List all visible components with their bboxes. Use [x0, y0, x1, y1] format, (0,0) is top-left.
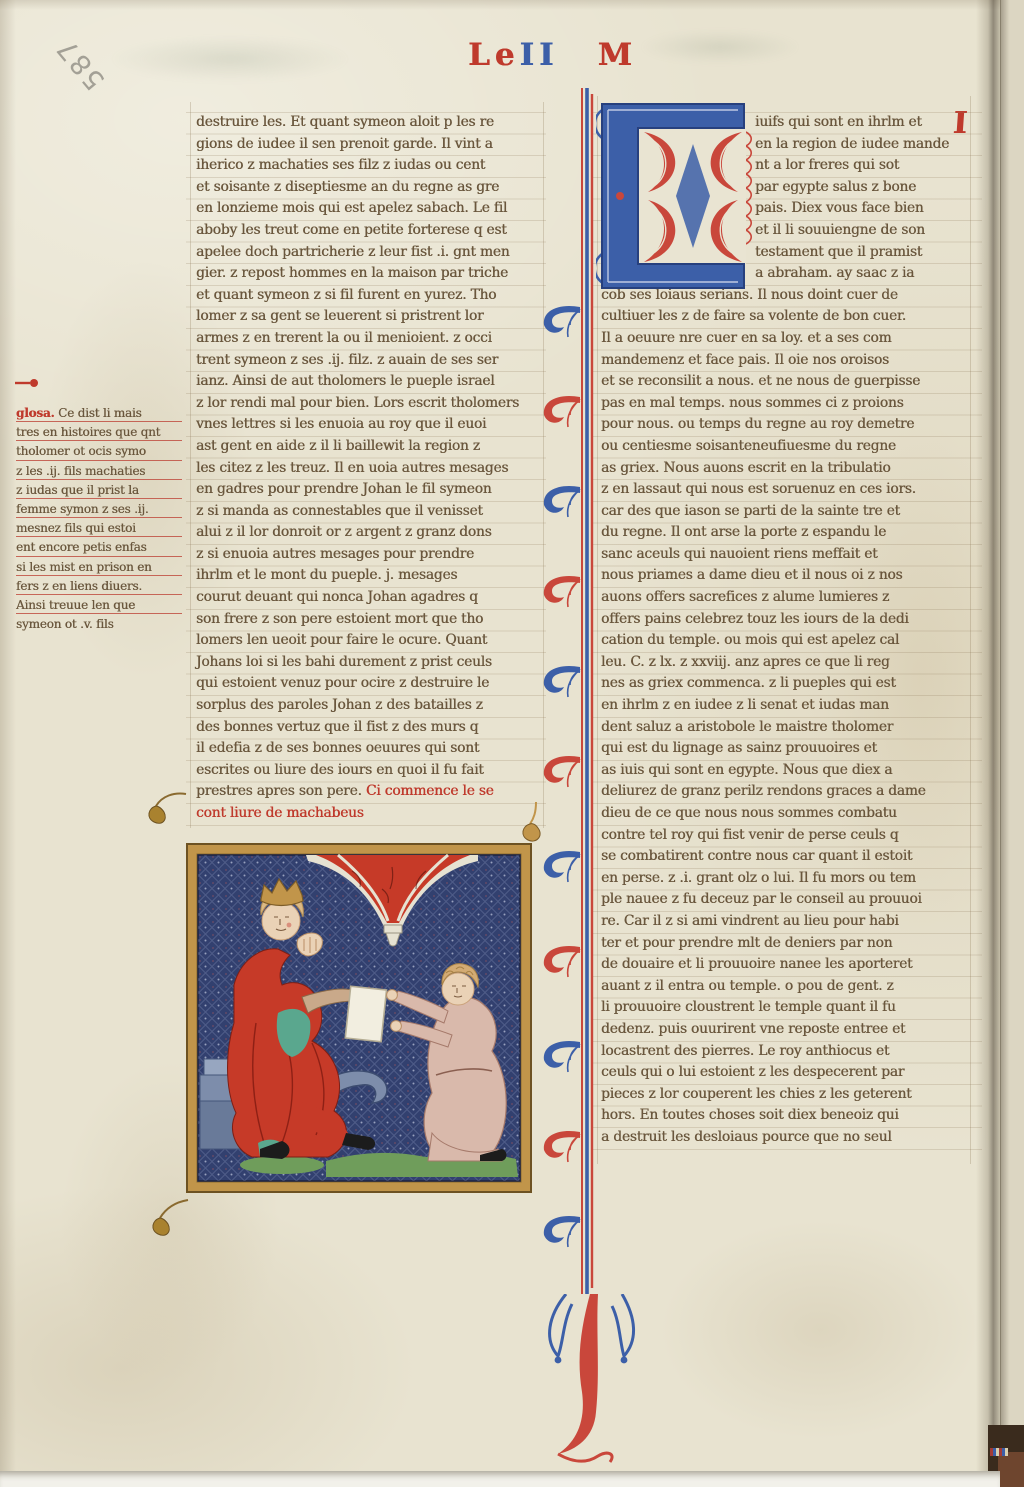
text-line: sorplus des paroles Johan z des bataille…: [196, 695, 542, 717]
header-letter: I: [520, 40, 535, 70]
bar-flourish: [544, 1216, 580, 1247]
text-line: des bonnes vertuz que il fist z des murs…: [196, 717, 542, 739]
manuscript-page: 587 LeIIM I glosa. Ce dist li maistres e…: [0, 0, 1024, 1487]
bar-flourishes: [544, 306, 580, 1247]
text-line: dent saluz a aristobole le maistre tholo…: [601, 717, 971, 739]
gloss-line: femme symon z ses .ij.: [16, 500, 192, 519]
headband-textile: [990, 1448, 1008, 1456]
text-line: as griex. Nous auons escrit en la tribul…: [601, 458, 971, 480]
scroll: [345, 986, 386, 1041]
bar-flourish: [544, 756, 580, 787]
tail-blue-curl-right: [612, 1294, 634, 1356]
text-line: ihrlm et le mont du pueple. j. mesages: [196, 565, 542, 587]
text-line: mandemenz et face pais. Il oie nos orois…: [601, 350, 971, 372]
header-letter: e: [495, 40, 515, 70]
gloss-line-text: tholomer ot ocis symo: [16, 444, 146, 458]
gloss-block: glosa. Ce dist li maistres en histoires …: [16, 404, 192, 634]
ivy-sprig-icon: [148, 1196, 190, 1242]
text-line: ceuls qui o lui estoient z les despecere…: [601, 1062, 971, 1084]
gloss-line-text: femme symon z ses .ij.: [16, 502, 148, 516]
king-head: [262, 902, 300, 940]
initial-pen-dot: [616, 192, 624, 200]
text-line: destruire les. Et quant symeon aloit p l…: [196, 112, 542, 134]
text-line: pieces z lor couperent les chies z les g…: [601, 1084, 971, 1106]
text-line: alui z il lor donroit or z argent z gran…: [196, 522, 542, 544]
next-page-edge: [1000, 0, 1024, 1487]
header-letter: L: [468, 40, 490, 70]
ivy-sprig-icon: [146, 788, 188, 834]
text-line: lomers len ueoit pour faire le ocure. Qu…: [196, 630, 542, 652]
text-line: pas en mal temps. nous sommes ci z proio…: [601, 393, 971, 415]
text-line: escrites ou liure des iours en quoi il f…: [196, 760, 542, 782]
gloss-line: tres en histoires que qnt: [16, 423, 192, 442]
text-line: auons offers sacrefices z alume lumieres…: [601, 587, 971, 609]
text-line: a destruit les desloiaus pource que no s…: [601, 1127, 971, 1149]
text-line: les citez z les treuz. Il en uoia autres…: [196, 458, 542, 480]
left-text-column: destruire les. Et quant symeon aloit p l…: [196, 112, 542, 825]
gloss-line-text: Ce dist li mais: [54, 406, 141, 420]
running-header: LeIIM: [468, 40, 632, 70]
text-line: dieu de ce que nous nous sommes combatu: [601, 803, 971, 825]
initial-scallop-edge: [746, 132, 751, 244]
text-line: et se reconsilit a nous. et ne nous de g…: [601, 371, 971, 393]
text-line: et quant symeon z si fil furent en yurez…: [196, 285, 542, 307]
gloss-heading: glosa.: [16, 406, 54, 420]
text-line: trent symeon z ses .ij. filz. z auain de…: [196, 350, 542, 372]
text-line: iherico z machaties ses filz z iudas ou …: [196, 155, 542, 177]
text-line: en lonzieme mois qui est apelez sabach. …: [196, 198, 542, 220]
tail-blue-dot: [621, 1357, 628, 1364]
gloss-line-text: mesnez fils qui estoi: [16, 521, 136, 535]
page-left-shade: [0, 0, 16, 1487]
gloss-line: mesnez fils qui estoi: [16, 519, 192, 538]
gloss-line: glosa. Ce dist li mais: [16, 404, 192, 423]
bar-flourish: [544, 306, 580, 337]
header-letter: I: [539, 40, 554, 70]
gloss-line: z iudas que il prist la: [16, 481, 192, 500]
gloss-line: z les .ij. fils machaties: [16, 462, 192, 481]
text-line: gions de iudee il sen prenoit garde. Il …: [196, 134, 542, 156]
text-line: leu. C. z lx. z xxviij. anz apres ce que…: [601, 652, 971, 674]
text-line: auant z il entra ou temple. o pou de gen…: [601, 976, 971, 998]
text-line: son frere z son pere estoient mort que t…: [196, 609, 542, 631]
text-line: en ihrlm z en iudee z li senat et iudas …: [601, 695, 971, 717]
messenger-hand: [391, 1021, 402, 1032]
bar-flourish: [544, 1041, 580, 1072]
gloss-line-text: si les mist en prison en: [16, 560, 152, 574]
text-line: Il a oeuure nre cuer en sa loy. et a ses…: [601, 328, 971, 350]
text-segment: prestres apres son pere.: [196, 783, 366, 799]
wood-sliver: [998, 1452, 1024, 1487]
text-line: gier. z repost hommes en la maison par t…: [196, 263, 542, 285]
text-line: sanc aceuls qui nauoient riens meffait e…: [601, 544, 971, 566]
page-top-shade: [0, 0, 1024, 10]
gloss-line-text: ent encore petis enfas: [16, 540, 147, 554]
text-line: Johans loi si les bahi durement z prist …: [196, 652, 542, 674]
text-line: z lor rendi mal pour bien. Lors escrit t…: [196, 393, 542, 415]
initial-artwork: [596, 100, 754, 292]
gloss-line: tholomer ot ocis symo: [16, 442, 192, 461]
text-line: prestres apres son pere. Ci commence le …: [196, 781, 542, 803]
text-line: li prouuoire cloustrent le temple quant …: [601, 997, 971, 1019]
folio-number: 587: [50, 31, 111, 95]
penwork-bar-tail: [536, 1294, 686, 1478]
tail-blue-curl-left: [550, 1294, 572, 1356]
text-line: vnes lettres si les enuoia au roy que il…: [196, 414, 542, 436]
text-line: du regne. Il ont arse la porte z espandu…: [601, 522, 971, 544]
text-line: de douaire et li prouuoire nanee les apo…: [601, 954, 971, 976]
header-letter: M: [598, 40, 632, 70]
gloss-line: symeon ot .v. fils: [16, 615, 192, 634]
miniature: [186, 843, 532, 1197]
gloss-paraph-icon: [14, 376, 40, 390]
text-line: ianz. Ainsi de aut tholomers le pueple i…: [196, 371, 542, 393]
gloss-line-text: z iudas que il prist la: [16, 483, 139, 497]
rubric-text: cont liure de machabeus: [196, 805, 364, 821]
gloss-line: ent encore petis enfas: [16, 538, 192, 557]
messenger-head: [442, 973, 474, 1005]
text-line: ter et pour prendre mlt de deniers par n…: [601, 933, 971, 955]
text-line: deliurez de granz perilz rendons graces …: [601, 781, 971, 803]
tail-blue-dot: [555, 1357, 562, 1364]
text-line: cont liure de machabeus: [196, 803, 542, 825]
bar-flourish: [544, 851, 580, 882]
tail-red-swoosh: [558, 1294, 598, 1454]
gloss-line: Ainsi treuue len que: [16, 596, 192, 615]
gloss-line-text: z les .ij. fils machaties: [16, 464, 145, 478]
text-line: hors. En toutes choses soit diex beneoiz…: [601, 1105, 971, 1127]
gloss-line-text: tres en histoires que qnt: [16, 425, 160, 439]
text-line: nous priames a dame dieu et il nous oi z…: [601, 565, 971, 587]
text-line: z si manda as connestables que il veniss…: [196, 501, 542, 523]
bar-flourish: [544, 576, 580, 607]
gloss-line: fers z en liens diuers.: [16, 577, 192, 596]
bar-flourish: [544, 666, 580, 697]
text-line: dedenz. puis ouurirent vne reposte entre…: [601, 1019, 971, 1041]
text-line: ast gent en aide z il li baillewit la re…: [196, 436, 542, 458]
bottom-mat: [0, 1471, 1000, 1487]
rubric-text: Ci commence le se: [366, 783, 494, 799]
page-edge: [976, 0, 1000, 1487]
ink-bleedthrough: [640, 30, 800, 64]
gloss-line: si les mist en prison en: [16, 558, 192, 577]
bar-flourish: [544, 396, 580, 427]
text-line: contre tel roy qui fist venir de perse c…: [601, 825, 971, 847]
text-line: lomer z sa gent se leuerent si pristrent…: [196, 306, 542, 328]
tail-red-squiggle: [558, 1453, 612, 1462]
text-line: qui est du lignage as sainz prouuoires e…: [601, 738, 971, 760]
messenger-hand: [387, 990, 398, 1001]
text-line: en perse. z .i. grant olz o lui. Il fu m…: [601, 868, 971, 890]
bar-flourish: [544, 1131, 580, 1162]
text-line: cation du temple. ou mois qui est apelez…: [601, 630, 971, 652]
text-line: offers pains celebrez touz les iours de …: [601, 609, 971, 631]
text-line: courut deuant qui nonca Johan agadres q: [196, 587, 542, 609]
text-line: re. Car il z si ami vindrent au lieu pou…: [601, 911, 971, 933]
text-line: il edefia z de ses bonnes oeuures qui so…: [196, 738, 542, 760]
text-line: apelee doch partricherie z leur fist .i.…: [196, 242, 542, 264]
parchment-stain: [660, 1220, 980, 1440]
text-line: ple nauee z fu deceuz par le conseil au …: [601, 889, 971, 911]
leaf-filler-icon: [520, 802, 554, 842]
text-line: ou centiesme soisanteneufiuesme du regne: [601, 436, 971, 458]
text-line: nes as griex commenca. z li pueples qui …: [601, 673, 971, 695]
text-line: cultiuer les z de faire sa volente de bo…: [601, 306, 971, 328]
penwork-bar-lines: [536, 88, 600, 1296]
text-line: en gadres pour prendre Johan le fil syme…: [196, 479, 542, 501]
text-line: pour nous. ou temps du regne au roy deme…: [601, 414, 971, 436]
text-line: z si enuoia autres mesages pour prendre: [196, 544, 542, 566]
text-line: et soisante z diseptiesme an du regne as…: [196, 177, 542, 199]
text-line: z en lassaut qui nous est soruenuz en ce…: [601, 479, 971, 501]
text-line: qui estoient venuz pour ocire z destruir…: [196, 673, 542, 695]
messenger-robe: [424, 997, 506, 1155]
text-line: as iuis qui sont en egypte. Nous que die…: [601, 760, 971, 782]
gloss-line-text: Ainsi treuue len que: [16, 598, 135, 612]
text-line: aboby les treut come en petite forterese…: [196, 220, 542, 242]
text-line: se combatirent contre nous car quant il …: [601, 846, 971, 868]
chapter-initial: L: [596, 100, 754, 296]
ink-bleedthrough: [110, 36, 350, 82]
bar-flourish: [544, 486, 580, 517]
penwork-bar: [536, 88, 600, 1300]
text-line: locastrent des pierres. Le roy anthiocus…: [601, 1041, 971, 1063]
gloss-line-text: symeon ot .v. fils: [16, 617, 114, 631]
gloss-line-text: fers z en liens diuers.: [16, 579, 142, 593]
bar-flourish: [544, 946, 580, 977]
text-line: car des que iason se parti de la sainte …: [601, 501, 971, 523]
text-line: armes z en trerent la ou il menioient. z…: [196, 328, 542, 350]
